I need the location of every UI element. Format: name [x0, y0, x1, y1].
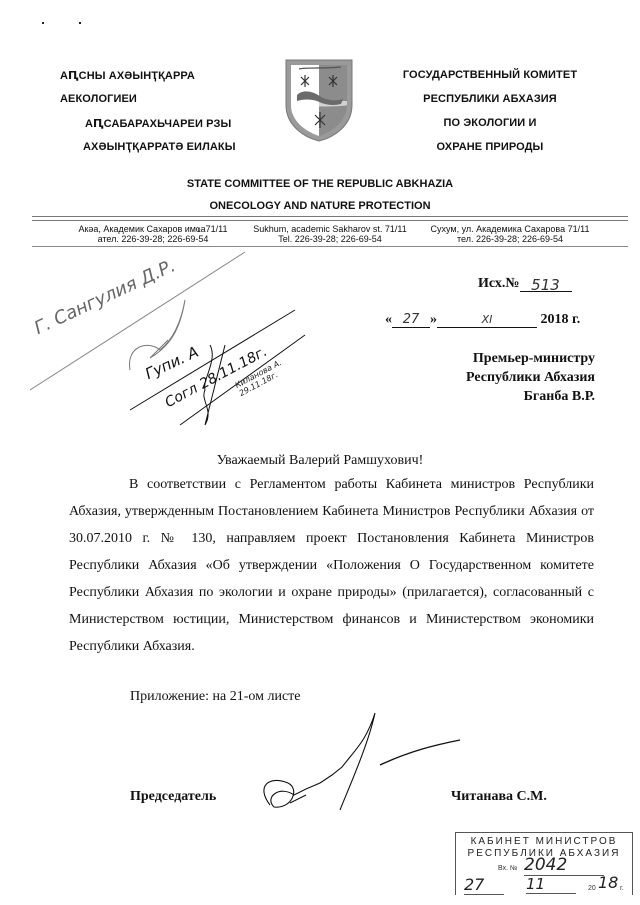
stamp-in-label: Вх. №	[498, 865, 518, 872]
address-divider	[32, 246, 628, 247]
russian-line-4: ОХРАНЕ ПРИРОДЫ	[370, 141, 610, 153]
abkhaz-line-1: АԤСНЫ АХӘЫНҬҚАРРА	[60, 69, 195, 82]
signer-title: Председатель	[130, 789, 216, 805]
date-month: XI	[482, 313, 493, 326]
abkhazia-coat-of-arms-icon	[283, 57, 355, 148]
appendix-note: Приложение: на 21-ом листе	[130, 689, 301, 705]
stamp-day: 27	[464, 875, 504, 895]
russian-line-2: РЕСПУБЛИКИ АБХАЗИЯ	[370, 93, 610, 105]
stamp-line-1: КАБИНЕТ МИНИСТРОВ	[456, 836, 632, 847]
english-line-2: ONECOLOGY AND NATURE PROTECTION	[0, 200, 640, 212]
incoming-stamp: КАБИНЕТ МИНИСТРОВ РЕСПУБЛИКИ АБХАЗИЯ Вх.…	[455, 832, 633, 895]
abkhaz-line-4: АХӘЫНҬҚАРРАТӘ ЕИЛАКЫ	[83, 141, 236, 153]
signer-name: Читанава С.М.	[451, 789, 547, 805]
abkhaz-line-2: АЕКОЛОГИЕИ	[60, 93, 137, 105]
abkhaz-line-3: АԤСАБАРАХЬЧАРЕИ РЗЫ	[85, 117, 231, 130]
recipient-line-2: Республики Абхазия	[466, 368, 595, 387]
address-russian: Сухум, ул. Академика Сахарова 71/11 тел.…	[415, 224, 605, 244]
stamp-year-unit: г.	[620, 885, 624, 892]
stamp-year-suffix: 18	[598, 873, 618, 892]
russian-line-1: ГОСУДАРСТВЕННЫЙ КОМИТЕТ	[370, 69, 610, 81]
salutation: Уважаемый Валерий Рамшухович!	[0, 453, 640, 469]
date-year: 2018 г.	[541, 312, 581, 327]
date-day: 27	[403, 312, 420, 327]
outgoing-number-value: 513	[531, 276, 560, 294]
recipient-line-1: Премьер-министру	[466, 349, 595, 368]
english-line-1: STATE COMMITTEE OF THE REPUBLIC ABKHAZIA	[0, 178, 640, 190]
russian-line-3: ПО ЭКОЛОГИИ И	[370, 117, 610, 129]
letter-body: В соответствии с Регламентом работы Каби…	[69, 471, 594, 660]
address-english: Sukhum, academic Sakharov st. 71/11 Tel.…	[240, 224, 420, 244]
stamp-year-prefix: 20	[588, 885, 596, 892]
recipient-block: Премьер-министру Республики Абхазия Бган…	[466, 349, 595, 406]
recipient-line-3: Бганба В.Р.	[466, 387, 595, 406]
header-divider	[32, 216, 628, 221]
outgoing-number: Исх.№513	[478, 276, 572, 292]
document-date: «27»XI 2018 г.	[385, 312, 580, 328]
stamp-in-number: 2042	[524, 855, 604, 876]
stamp-month: 11	[526, 875, 576, 894]
address-abkhaz: Акәа, Академик Сахаров имҩа71/11 ател. 2…	[48, 224, 258, 244]
